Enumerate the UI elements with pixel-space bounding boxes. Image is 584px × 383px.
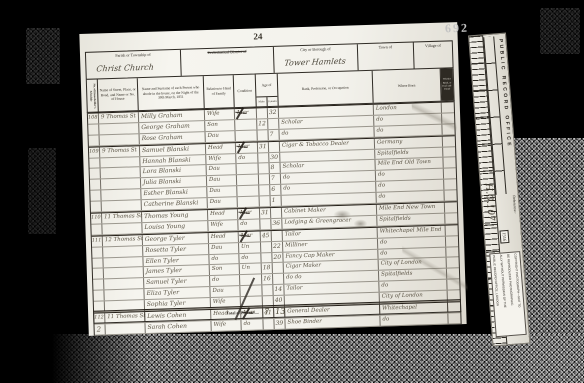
cell-inf [444,169,456,179]
cell-sched [91,202,102,212]
cell-cond: Mar [238,208,260,219]
cell-street: 9 Thomas St [100,146,140,157]
cell-age_f [269,141,280,151]
borough-value: Tower Hamlets [284,57,346,68]
cell-cond: do [238,219,260,230]
copyright-notice: COPYRIGHT PHOTOGRAPH—NOT TO BE REPRODUCE… [489,251,526,337]
cell-rel: Wife [205,109,235,120]
cell-born: do [380,313,448,325]
field-town: Town of [358,43,415,71]
parish-label: Parish or Township of [88,51,178,59]
cell-age_f [272,231,283,241]
cell-street [103,246,143,257]
cell-rel: Wife [208,220,238,231]
cell-sched: 110 [91,213,102,223]
cell-sched [89,158,100,168]
cell-age_m [257,108,268,118]
cell-age_m [257,130,268,140]
ink-smudge [333,210,351,221]
cell-rel: Head [209,232,239,243]
cell-inf [444,179,456,189]
col-age-sub: Males Females [256,96,277,107]
cell-rel: Dau [207,186,237,197]
cell-sched [89,135,100,145]
cell-inf [443,136,455,146]
cell-age_f [271,208,282,218]
cell-age_m [259,185,270,195]
field-district: Ecclesiastical District of [181,47,275,76]
cell-inf [444,190,456,200]
ink-smudge [353,219,367,228]
cell-age_f: 32 [268,108,279,118]
cell-rel: Son [205,120,235,131]
cell-age_f [273,263,284,273]
cell-street [104,289,144,300]
cell-age_m: 45 [261,231,272,241]
cell-age_f [268,119,279,129]
cell-street [100,134,140,145]
cell-sched [91,224,102,234]
cell-street [101,178,141,189]
col-schedule-label: No. of Householder's Schedule [88,81,96,111]
cell-street: 9 Thomas St [99,112,139,123]
cell-age_m [258,153,269,163]
cell-inf [442,102,454,112]
borough-label: City or Borough of [276,45,355,52]
cell-age_f [273,274,284,284]
cell-rel: do [209,254,239,265]
cell-street [104,278,144,289]
cell-street [104,268,144,279]
cell-name: Thomas Young [142,210,208,222]
tally-mark [240,230,248,242]
cell-street [102,223,142,234]
cell-name: Sarah Cohen [145,321,211,333]
scanned-census-photo: 692 24 Parish or Township of Christ Chur… [0,0,584,383]
cell-cond [240,275,262,286]
cell-cond: Un [240,264,262,275]
cell-age_f: 39 [274,319,285,329]
cell-street: 11 Thomas St [102,212,142,223]
cell-street [100,157,140,168]
cell-name: James Tyler [144,266,210,278]
pencil-mark: 2 [97,325,102,333]
cell-cond: do [236,153,258,164]
folio-stamp: 692 [445,21,470,37]
cell-age_m: 16 [262,274,273,284]
tally-mark [236,107,244,119]
cell-name: Esther Blanski [141,187,207,199]
cell-age_f: 6 [270,185,281,195]
cell-cond: Mar [235,108,257,119]
cell-cond: Mar [236,142,258,153]
cell-cond [237,175,259,186]
cell-inf [447,258,459,268]
col-where-born: Where Born [373,69,442,103]
cell-age_m: 31 [258,142,269,152]
cell-age_f: 14 [273,285,284,295]
cell-rel: Dau [209,243,239,254]
cell-rel: Dau [207,165,237,176]
cell-street [102,200,142,211]
piece-number: 1516 [499,230,509,244]
total-males: 7 [263,306,274,317]
cell-rel: Wife [206,154,236,165]
cell-street [101,168,141,179]
col-condition: Condition [234,74,257,107]
cell-inf [446,225,458,235]
cell-inf [446,236,458,246]
cell-inf [442,113,454,123]
total-females: 13 [274,306,285,317]
cell-age_m: 18 [262,264,273,274]
col-street: Name of Street, Place, or Road, and Name… [98,78,139,111]
cell-street [101,189,141,200]
cell-age_f: 36 [271,219,282,229]
cell-rel: Dau [210,286,240,297]
cell-inf [445,202,457,212]
cell-cond [237,186,259,197]
cell-rel: Dau [208,197,238,208]
cell-age_f: 8 [270,163,281,173]
total-spacer [380,301,448,314]
cell-age_f: 7 [268,130,279,140]
cell-age_f: 1 [271,196,282,206]
cell-name: Lora Blanski [141,166,207,178]
cell-age_f: 30 [269,152,280,162]
cell-sched: 109 [89,147,100,157]
cell-street [105,323,145,334]
col-occupation: Rank, Profession, or Occupation [278,71,374,106]
cell-age_m [259,164,270,174]
cell-street [103,257,143,268]
cell-age_f: 20 [272,252,283,262]
cell-street: 12 Thomas St [103,235,143,246]
cell-rel: Wife [211,320,241,331]
cell-cond [235,130,257,141]
cell-cond: do [241,319,263,330]
cell-name: Hannah Blanski [140,155,206,167]
cell-age_m [262,285,273,295]
reference-label: Reference:- [512,195,517,214]
field-borough: City or Borough of Tower Hamlets [274,44,359,73]
cell-cond: Un [239,242,261,253]
cell-rel: Dau [207,175,237,186]
background-noise [26,28,60,84]
cell-cond: do [239,253,261,264]
cell-cond [238,197,260,208]
cell-cond [240,286,262,297]
cell-name: George Tyler [143,233,209,245]
parish-value: Christ Church [96,63,154,74]
col-infirmity: Whether Blind, or Deaf-and-Dumb [441,68,454,100]
cell-sched [93,269,104,279]
village-label: Village of [416,42,450,48]
cell-inf [443,147,455,157]
town-label: Town of [360,44,411,51]
cell-cond [237,164,259,175]
cell-age_f: 7 [270,174,281,184]
cell-rel: Son [210,265,240,276]
cell-inf [446,247,458,257]
field-parish: Parish or Township of Christ Church [86,50,182,79]
cell-sched [92,258,103,268]
cell-age_m [260,219,271,229]
total-spacer [448,300,460,311]
census-page: 24 Parish or Township of Christ Church E… [79,22,466,336]
col-age-label: Age of [256,74,278,97]
cell-name: Eliza Tyler [144,287,210,299]
col-name: Name and Surname of each Person who abod… [138,76,205,110]
cell-age_m [261,242,272,252]
total-spacer [94,310,145,323]
cell-name: Louisa Young [142,221,208,233]
cell-name: Julia Blanski [141,176,207,188]
cell-age_m: 31 [260,208,271,218]
col-relation: Relation to Head of Family [204,75,235,108]
col-age: Age of Males Females [256,74,279,107]
cell-age_m [260,196,271,206]
cell-name: Samuel Tyler [144,276,210,288]
cell-sched [90,180,101,190]
cell-cond: Mar [239,231,261,242]
page-number: 24 [253,31,262,41]
cell-occ: Shoe Binder [285,316,380,329]
col-age-females: Females [267,97,277,106]
cell-age_m: 12 [257,119,268,129]
cell-sched [92,247,103,257]
district-label: Ecclesiastical District of [183,48,271,56]
cell-rel: Dau [205,131,235,142]
cell-sched [90,169,101,179]
background-noise [28,148,56,234]
cell-inf [443,158,455,168]
cell-name: George Graham [139,121,205,133]
cell-name: Milly Graham [139,110,205,122]
total-label: Total of Persons.... [145,306,263,321]
cell-inf [447,269,459,279]
tally-mark [239,207,247,219]
total-spacer [285,303,380,317]
cell-sched [90,191,101,201]
cell-rel: do [210,275,240,286]
cell-name: Rosetta Tyler [143,244,209,256]
cell-age_f: 22 [272,241,283,251]
cell-name: Rose Graham [140,132,206,144]
tally-mark [237,141,245,153]
field-village: Village of [414,41,453,68]
cell-sched [88,124,99,134]
cell-cond [235,119,257,130]
cell-inf [445,213,457,223]
cell-street [99,123,139,134]
cell-rel: Head [206,143,236,154]
cell-age_m [259,174,270,184]
cell-age_m [263,319,274,329]
cell-inf [448,313,460,323]
cell-sched [93,291,104,301]
cell-sched [93,280,104,290]
cell-inf [442,124,454,134]
cell-sched: 111 [92,236,103,246]
cell-name: Catherine Blanski [142,198,208,210]
background-noise [540,8,580,54]
cell-name: Ellen Tyler [143,255,209,267]
cell-name: Samuel Blanski [140,144,206,156]
cell-rel: Head [208,209,238,220]
col-age-males: Males [256,97,267,106]
cell-inf [447,279,459,289]
cell-age_m [261,253,272,263]
cell-sched: 108 [88,113,99,123]
